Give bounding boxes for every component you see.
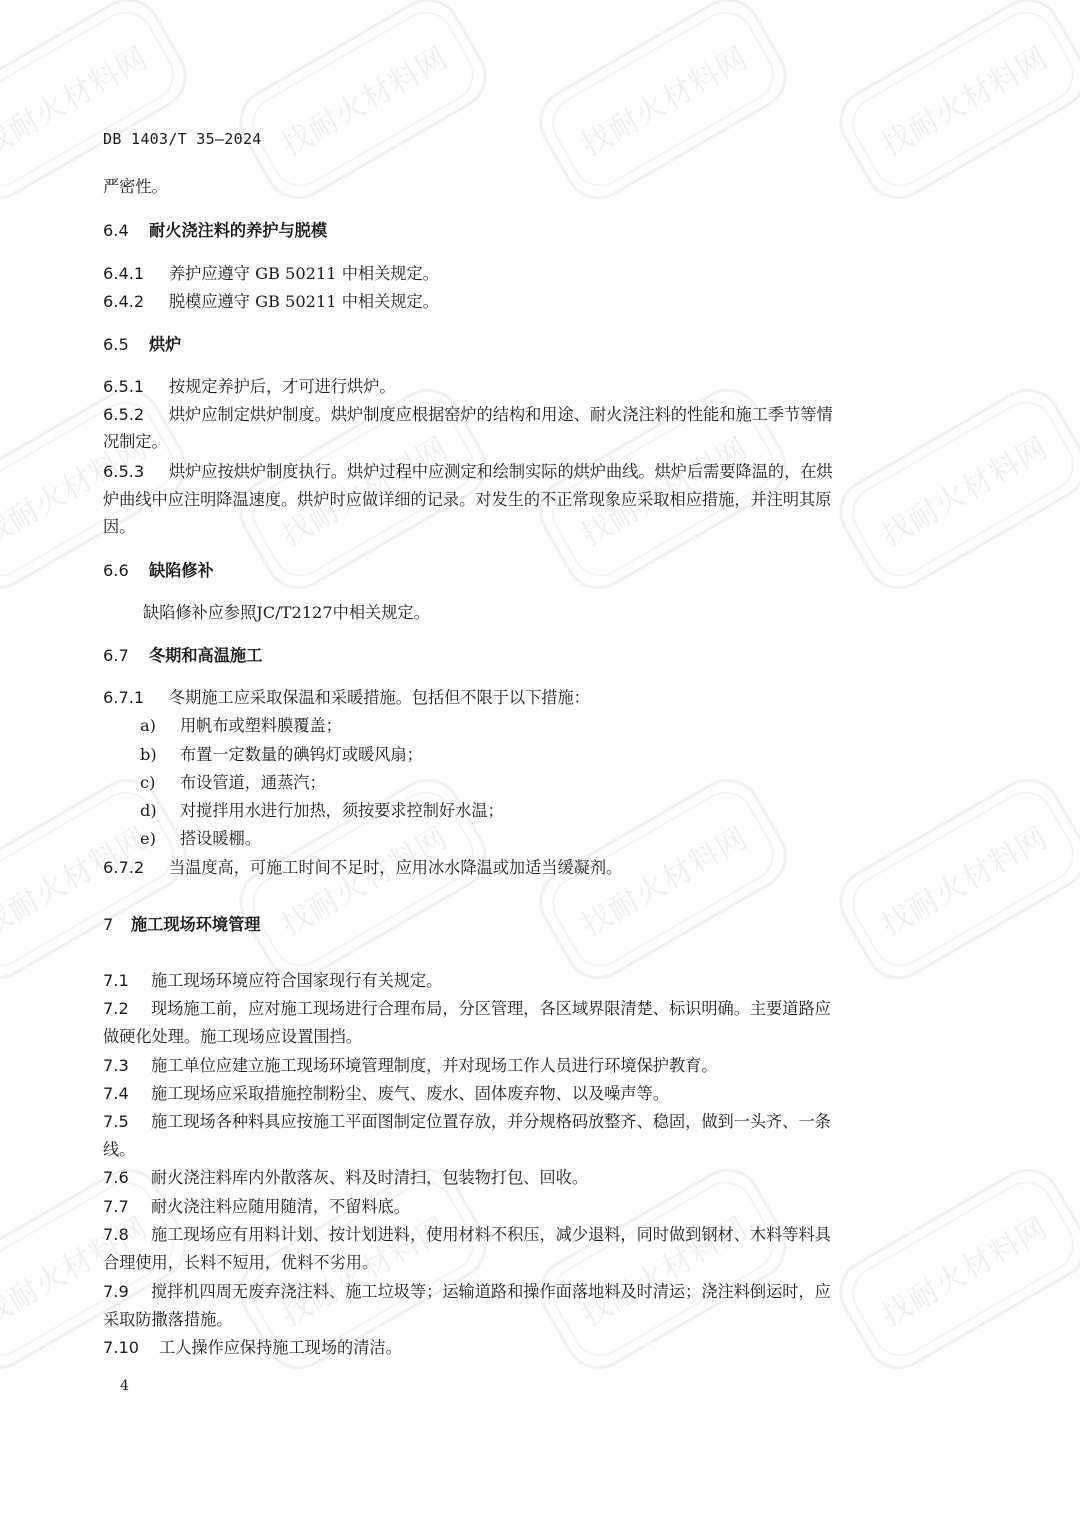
clause-7-8-cont: 合理使用，长料不短用，优料不劣用。 — [103, 1253, 953, 1273]
clause-7-5-cont: 线。 — [103, 1140, 953, 1160]
list-item-d: d)对搅拌用水进行加热，须按要求控制好水温； — [140, 801, 990, 821]
section-heading-6-6: 6.6缺陷修补 — [103, 561, 953, 581]
clause-7-3: 7.3施工单位应建立施工现场环境管理制度，并对现场工作人员进行环境保护教育。 — [103, 1056, 953, 1076]
clause-7-9-cont: 采取防撒落措施。 — [103, 1310, 953, 1330]
list-item-b: b)布置一定数量的碘钨灯或暖风扇； — [140, 745, 990, 765]
clause-6-5-1: 6.5.1按规定养护后，才可进行烘炉。 — [103, 377, 953, 397]
page-number: 4 — [120, 1378, 129, 1394]
clause-6-5-3: 6.5.3烘炉应按烘炉制度执行。烘炉过程中应测定和绘制实际的烘炉曲线。烘炉后需要… — [103, 462, 953, 482]
clause-7-8: 7.8施工现场应有用料计划、按计划进料，使用材料不积压，减少退料，同时做到钢材、… — [103, 1225, 953, 1245]
clause-6-4-1: 6.4.1养护应遵守 GB 50211 中相关规定。 — [103, 264, 953, 284]
clause-7-4: 7.4施工现场应采取措施控制粉尘、废气、废水、固体废弃物、以及噪声等。 — [103, 1084, 953, 1104]
clause-6-7-2: 6.7.2当温度高，可施工时间不足时，应用冰水降温或加适当缓凝剂。 — [103, 858, 953, 878]
section-heading-6-4: 6.4耐火浇注料的养护与脱模 — [103, 221, 953, 241]
clause-7-9: 7.9搅拌机四周无废弃浇注料、施工垃圾等；运输道路和操作面落地料及时清运；浇注料… — [103, 1282, 953, 1302]
clause-6-5-2: 6.5.2烘炉应制定烘炉制度。烘炉制度应根据窑炉的结构和用途、耐火浇注料的性能和… — [103, 405, 953, 425]
clause-7-1: 7.1施工现场环境应符合国家现行有关规定。 — [103, 971, 953, 991]
document-page: DB 1403/T 35—2024 严密性。 6.4耐火浇注料的养护与脱模 6.… — [0, 0, 1080, 1526]
section-6-6-body: 缺陷修补应参照JC/T2127中相关规定。 — [143, 603, 993, 623]
section-heading-6-7: 6.7冬期和高温施工 — [103, 646, 953, 666]
clause-7-10: 7.10工人操作应保持施工现场的清洁。 — [103, 1338, 953, 1358]
section-heading-6-5: 6.5烘炉 — [103, 335, 953, 355]
clause-7-2-cont: 做硬化处理。施工现场应设置围挡。 — [103, 1027, 953, 1047]
clause-7-2: 7.2现场施工前，应对施工现场进行合理布局，分区管理，各区域界限清楚、标识明确。… — [103, 999, 953, 1019]
clause-7-6: 7.6耐火浇注料库内外散落灰、料及时清扫，包装物打包、回收。 — [103, 1168, 953, 1188]
clause-6-5-3-cont: 炉曲线中应注明降温速度。烘炉时应做详细的记录。对发生的不正常现象应采取相应措施，… — [103, 490, 953, 510]
clause-6-5-2-cont: 况制定。 — [103, 432, 953, 452]
clause-6-5-3-cont2: 因。 — [103, 517, 953, 537]
paragraph-continuation: 严密性。 — [103, 177, 953, 197]
clause-7-7: 7.7耐火浇注料应随用随清，不留料底。 — [103, 1197, 953, 1217]
document-id-header: DB 1403/T 35—2024 — [103, 130, 262, 148]
chapter-heading-7: 7施工现场环境管理 — [103, 915, 953, 935]
list-item-e: e)搭设暖棚。 — [140, 829, 990, 849]
clause-6-4-2: 6.4.2脱模应遵守 GB 50211 中相关规定。 — [103, 292, 953, 312]
list-item-c: c)布设管道，通蒸汽； — [140, 773, 990, 793]
clause-7-5: 7.5施工现场各种料具应按施工平面图制定位置存放，并分规格码放整齐、稳固，做到一… — [103, 1112, 953, 1132]
list-item-a: a)用帆布或塑料膜覆盖； — [140, 716, 990, 736]
clause-6-7-1: 6.7.1冬期施工应采取保温和采暖措施。包括但不限于以下措施： — [103, 688, 953, 708]
